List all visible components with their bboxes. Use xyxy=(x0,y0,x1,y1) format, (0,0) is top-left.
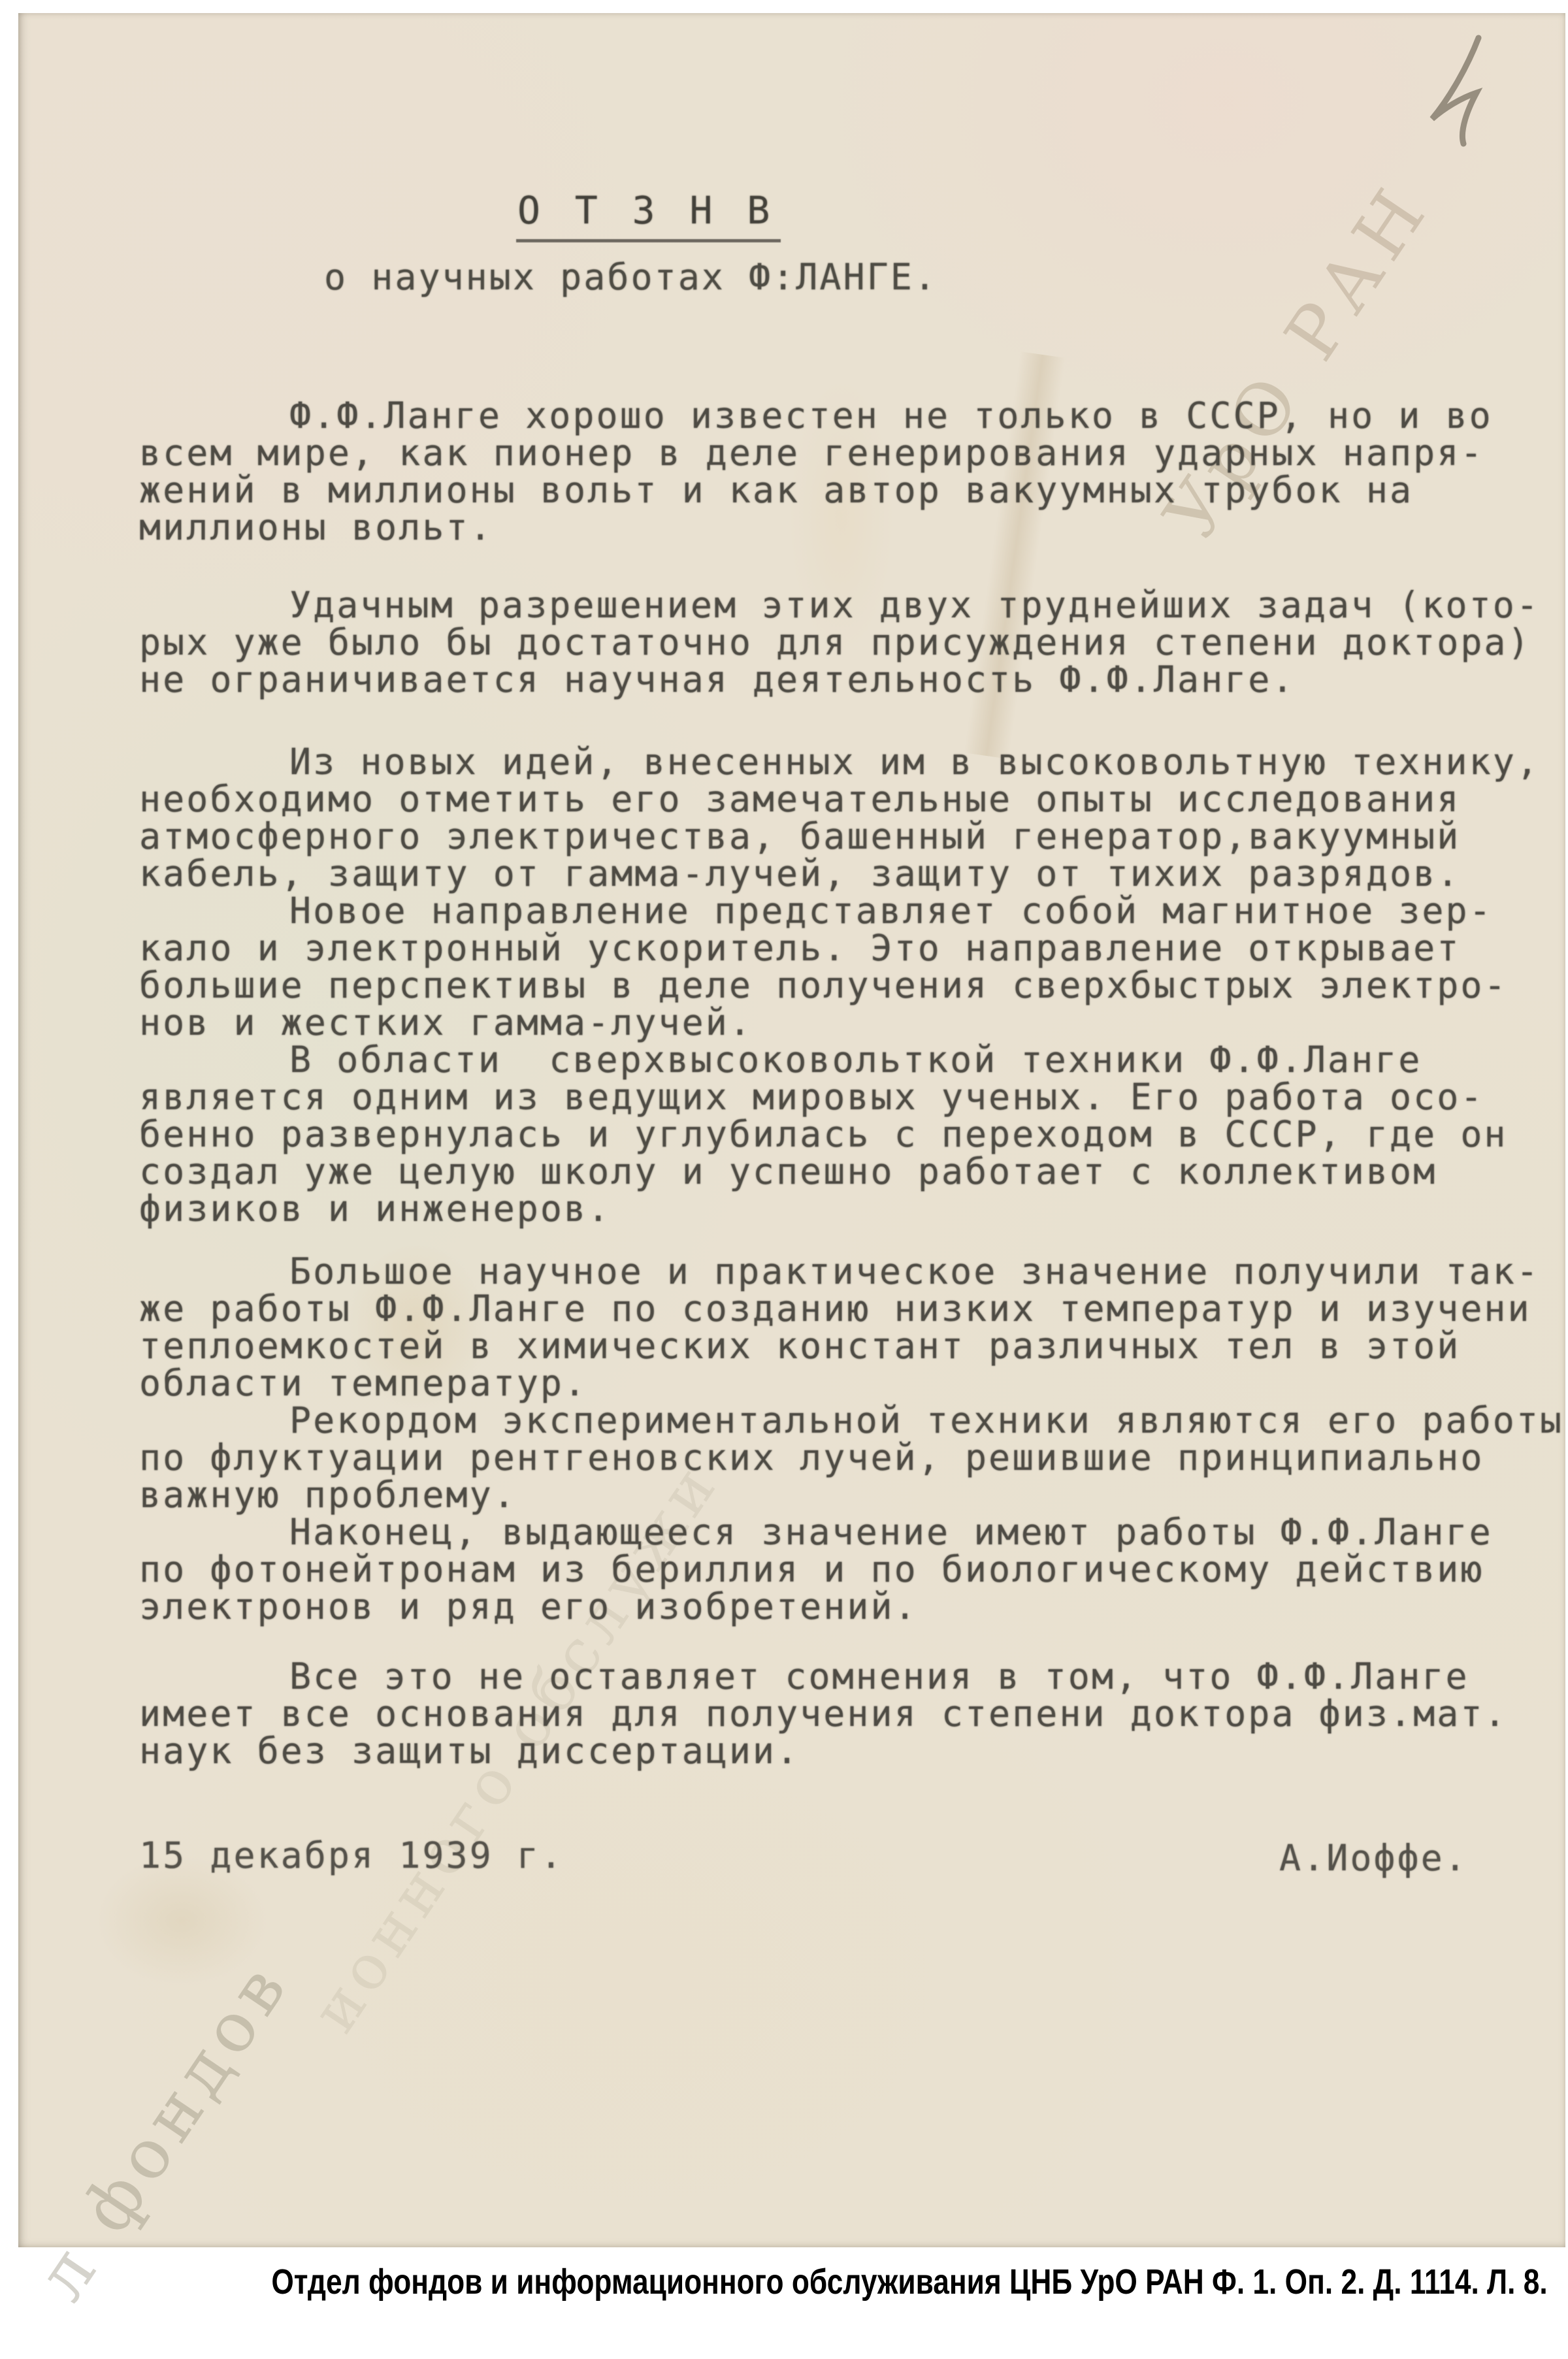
paragraph-block: Большое научное и практическое значение … xyxy=(139,1253,1563,1625)
text-line: В области сверхвысоковольткой техники Ф.… xyxy=(139,1041,1540,1079)
scanned-document-page: { "document": { "title": "О Т З Н В", "s… xyxy=(0,0,1568,2359)
text-line: имеет все основания для получения степен… xyxy=(139,1695,1508,1733)
text-line: кало и электронный ускоритель. Это напра… xyxy=(139,930,1540,967)
text-line: необходимо отметить его замечательные оп… xyxy=(139,781,1540,818)
text-line: теплоемкостей в химических констант разл… xyxy=(139,1327,1563,1365)
text-line: Большое научное и практическое значение … xyxy=(139,1253,1563,1290)
text-line: жений в миллионы вольт и как автор вакуу… xyxy=(139,472,1493,509)
paragraph-block: Из новых идей, внесенных им в высоковоль… xyxy=(139,743,1540,1228)
text-line: не ограничивается научная деятельность Ф… xyxy=(139,661,1540,698)
text-line: Удачным разрешением этих двух труднейших… xyxy=(139,587,1540,624)
text-line: наук без защиты диссертации. xyxy=(139,1733,1508,1770)
paragraph-block: Ф.Ф.Ланге хорошо известен не только в СС… xyxy=(139,397,1493,546)
text-line: Ф.Ф.Ланге хорошо известен не только в СС… xyxy=(139,397,1493,434)
text-line: рых уже было бы достаточно для присужден… xyxy=(139,624,1540,661)
text-line: Наконец, выдающееся значение имеют работ… xyxy=(139,1514,1563,1551)
text-line: кабель, защиту от гамма-лучей, защиту от… xyxy=(139,855,1540,892)
text-line: всем мире, как пионер в деле генерирован… xyxy=(139,434,1493,472)
date-line: 15 декабря 1939 г. xyxy=(139,1834,564,1876)
text-line: области температур. xyxy=(139,1365,1563,1402)
text-line: по фотонейтронам из бериллия и по биолог… xyxy=(139,1551,1563,1588)
text-line: Новое направление представляет собой маг… xyxy=(139,892,1540,930)
text-line: важную проблему. xyxy=(139,1476,1563,1514)
text-line: по флуктуации рентгеновских лучей, решив… xyxy=(139,1439,1563,1476)
text-line: является одним из ведущих мировых ученых… xyxy=(139,1079,1540,1116)
text-line: миллионы вольт. xyxy=(139,509,1493,546)
text-line: создал уже целую школу и успешно работае… xyxy=(139,1153,1540,1190)
text-line: физиков и инженеров. xyxy=(139,1190,1540,1228)
signature: А.Иоффе. xyxy=(1279,1837,1468,1879)
text-line: Рекордом экспериментальной техники являю… xyxy=(139,1402,1563,1439)
text-line: нов и жестких гамма-лучей. xyxy=(139,1004,1540,1041)
text-line: Все это не оставляет сомнения в том, что… xyxy=(139,1658,1508,1695)
text-line: Из новых идей, внесенных им в высоковоль… xyxy=(139,743,1540,781)
document-title: О Т З Н В xyxy=(516,188,781,242)
text-line: атмосферного электричества, башенный ген… xyxy=(139,818,1540,855)
paragraph-block: Все это не оставляет сомнения в том, что… xyxy=(139,1658,1508,1770)
paragraph-block: Удачным разрешением этих двух труднейших… xyxy=(139,587,1540,698)
text-line: же работы Ф.Ф.Ланге по созданию низких т… xyxy=(139,1290,1563,1327)
text-line: большие перспективы в деле получения све… xyxy=(139,967,1540,1004)
document-scan-paper: УрО РАН л фондов ионного обслужи О Т З Н… xyxy=(18,13,1565,2247)
typewritten-text-layer: О Т З Н В о научных работах Ф:ЛАНГЕ. Ф.Ф… xyxy=(18,13,1565,2247)
document-subtitle: о научных работах Ф:ЛАНГЕ. xyxy=(324,256,938,298)
archive-catalog-caption: Отдел фондов и информационного обслужива… xyxy=(271,2262,1547,2302)
text-line: электронов и ряд его изобретений. xyxy=(139,1588,1563,1625)
text-line: бенно развернулась и углубилась с перехо… xyxy=(139,1116,1540,1153)
